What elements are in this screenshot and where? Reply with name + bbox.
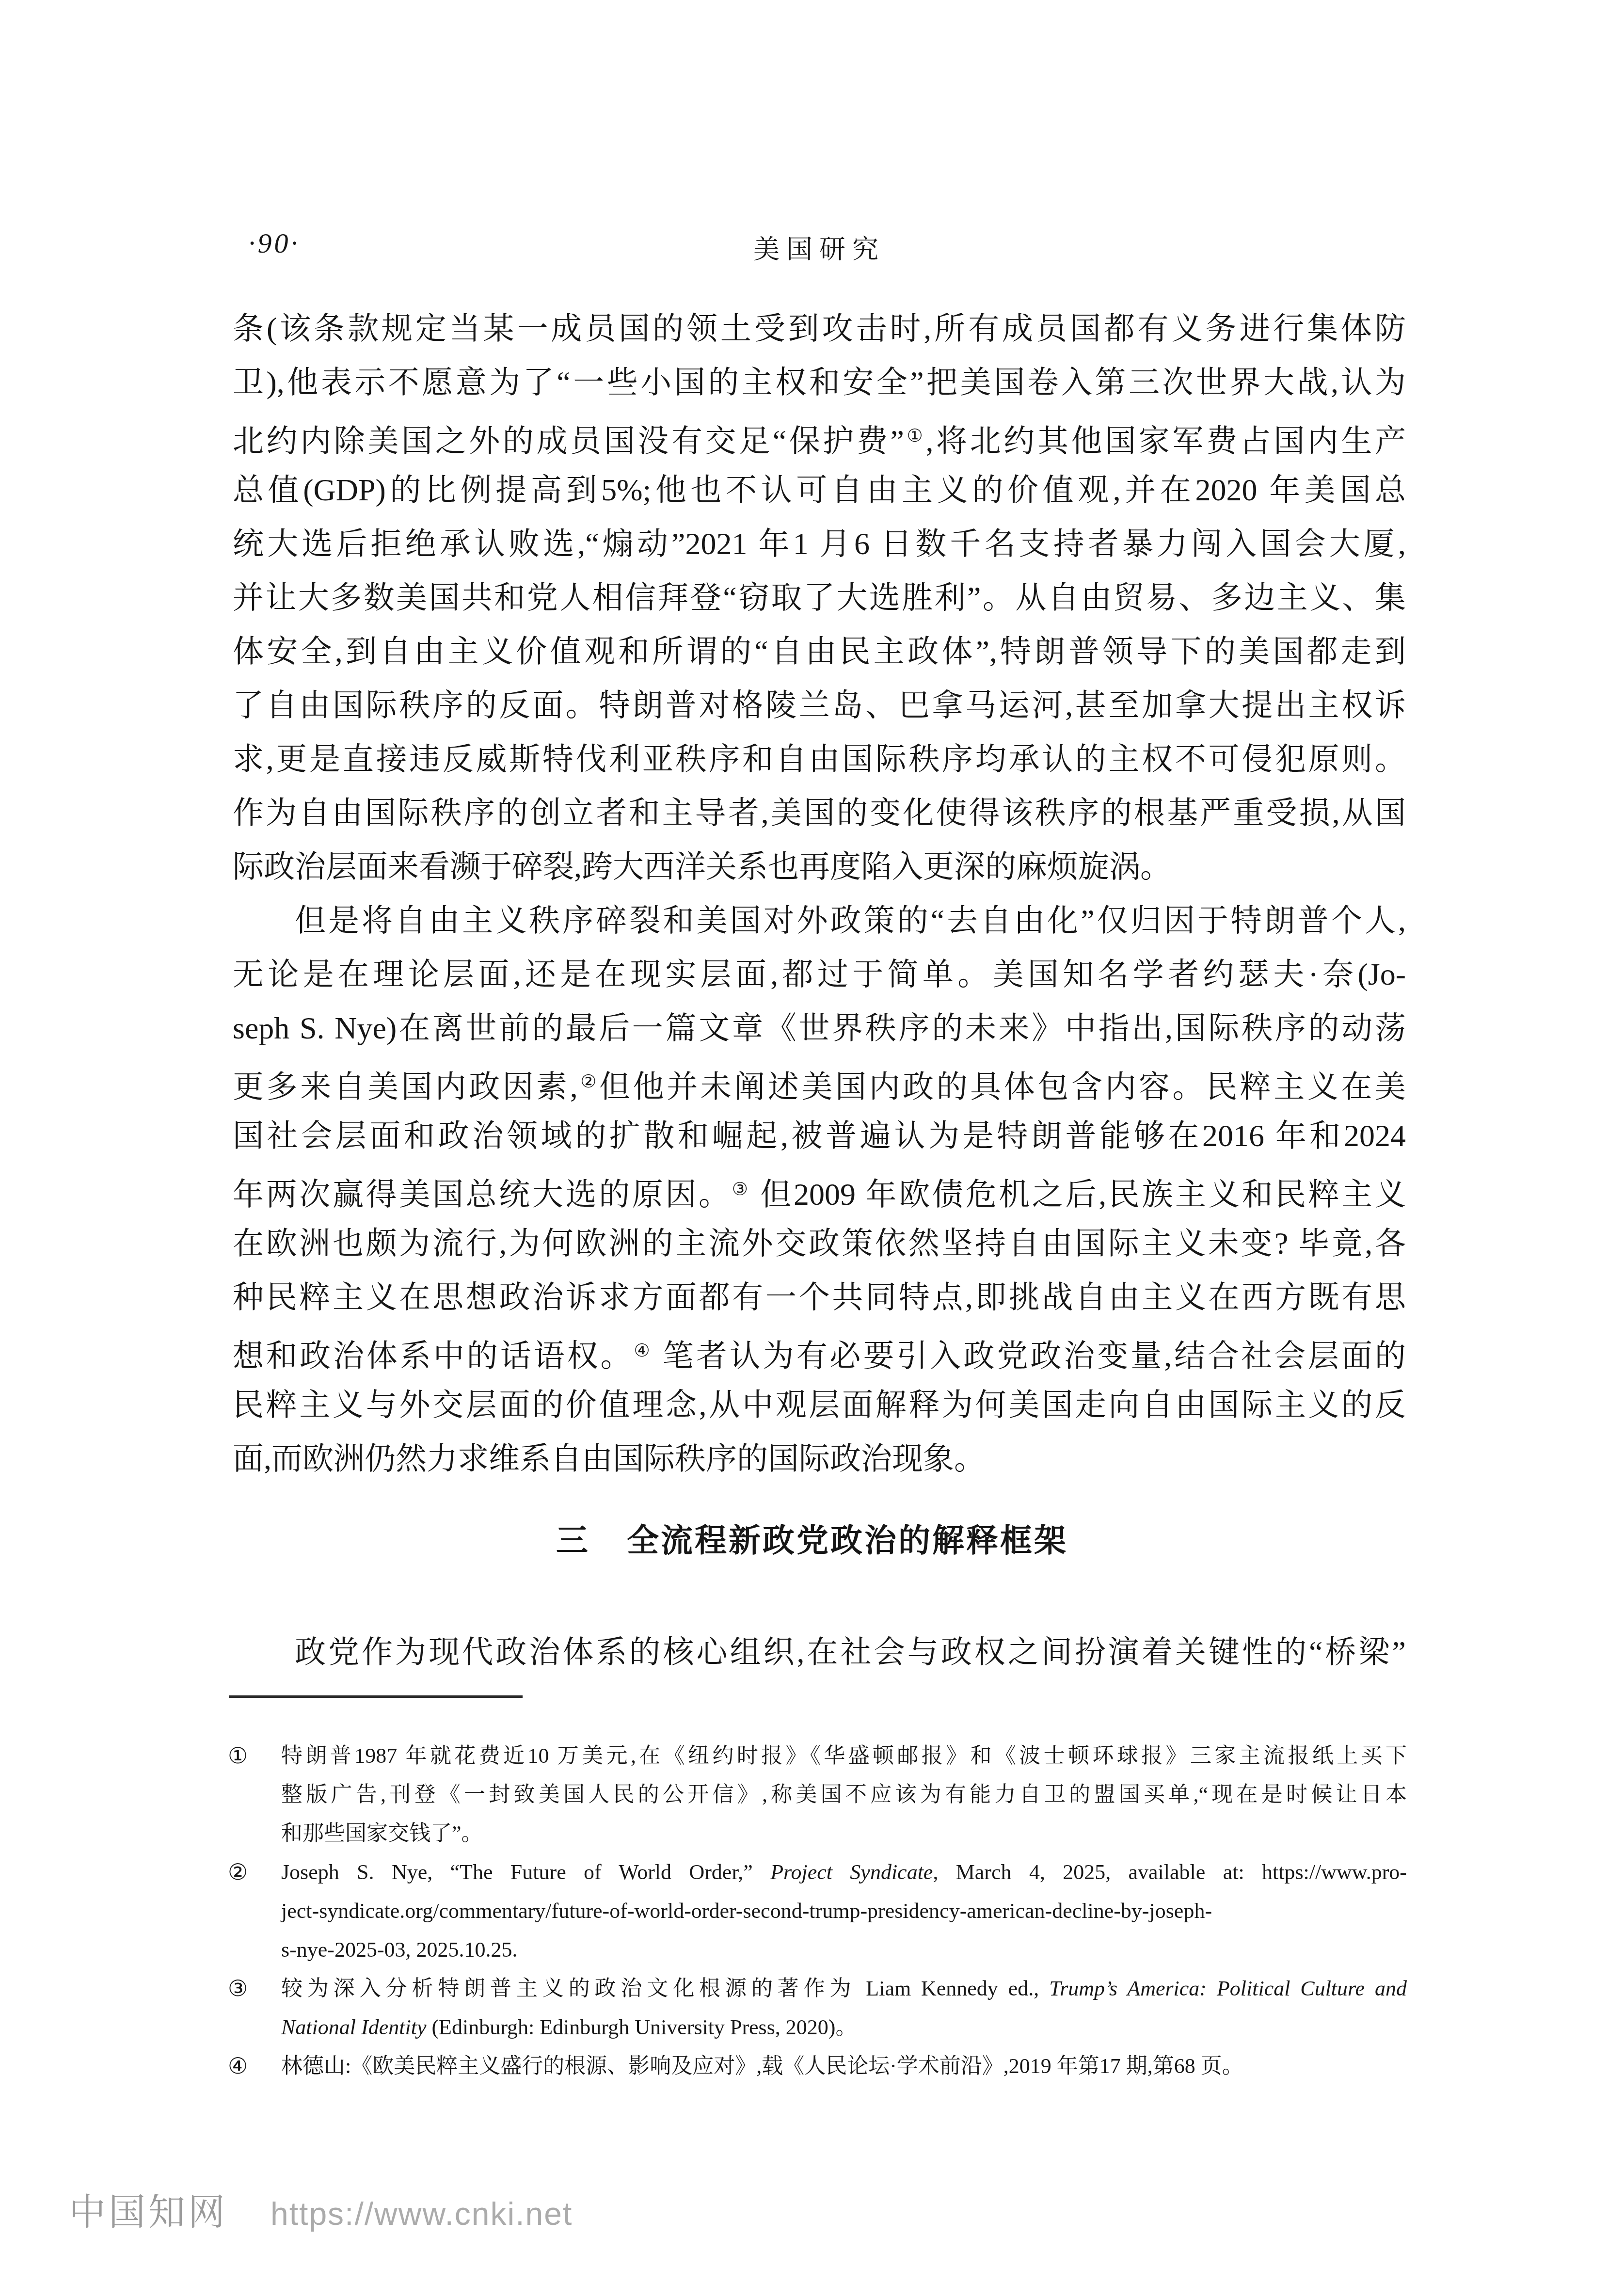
page-header: ·90· 美国研究 [233,226,1406,263]
footnote-ref-marker: ④ [634,1341,653,1361]
text-line: 总值(GDP)的比例提高到5%;他也不认可自由主义的价值观,并在2020 年美国… [233,463,1406,517]
text-line: 想和政治体系中的话语权。④ 笔者认为有必要引入政党政治变量,结合社会层面的 [233,1324,1406,1378]
text-line: 民粹主义与外交层面的价值理念,从中观层面解释为何美国走向自由国际主义的反 [233,1378,1406,1432]
footnote-marker: ① [228,1737,281,1775]
footnote-item: ②Joseph S. Nye, “The Future of World Ord… [228,1853,1407,1969]
cnki-watermark: 中国知网 [69,2183,228,2235]
text-line: 国社会层面和政治领域的扩散和崛起,被普遍认为是特朗普能够在2016 年和2024 [233,1109,1406,1163]
footnote-text: 林德山:《欧美民粹主义盛行的根源、影响及应对》,载《人民论坛·学术前沿》,201… [281,2047,1407,2086]
text-line: 作为自由国际秩序的创立者和主导者,美国的变化使得该秩序的根基严重受损,从国 [233,786,1406,840]
page-footer: 中国知网 https://www.cnki.net [69,2183,573,2235]
paragraph-after-heading: 政党作为现代政治体系的核心组织,在社会与政权之间扮演着关键性的“桥梁” [233,1625,1406,1679]
footnote-ref-marker: ② [578,1072,599,1092]
text-line: 更多来自美国内政因素,②但他并未阐述美国内政的具体包含内容。民粹主义在美 [233,1055,1406,1109]
text-line: 北约内除美国之外的成员国没有交足“保护费”①,将北约其他国家军费占国内生产 [233,409,1406,463]
cnki-url: https://www.cnki.net [271,2195,573,2232]
text-line: 了自由国际秩序的反面。特朗普对格陵兰岛、巴拿马运河,甚至加拿大提出主权诉 [233,678,1406,732]
section-heading-numeral: 三 [556,1522,590,1558]
text-line: 在欧洲也颇为流行,为何欧洲的主流外交政策依然坚持自由国际主义未变? 毕竟,各 [233,1216,1406,1270]
text-line: 年两次赢得美国总统大选的原因。③ 但2009 年欧债危机之后,民族主义和民粹主义 [233,1163,1406,1216]
text-line: ject-syndicate.org/commentary/future-of-… [281,1892,1407,1931]
footnote-item: ④林德山:《欧美民粹主义盛行的根源、影响及应对》,载《人民论坛·学术前沿》,20… [228,2047,1407,2086]
footnote-marker: ④ [228,2047,281,2086]
text-line: 条(该条款规定当某一成员国的领土受到攻击时,所有成员国都有义务进行集体防 [233,302,1406,355]
footnotes-section: ①特朗普1987 年就花费近10 万美元,在《纽约时报》《华盛顿邮报》和《波士顿… [228,1737,1407,2086]
text-line: National Identity (Edinburgh: Edinburgh … [281,2008,1407,2047]
footnote-text: 较为深入分析特朗普主义的政治文化根源的著作为 Liam Kennedy ed.,… [281,1969,1407,2047]
footnote-item: ③较为深入分析特朗普主义的政治文化根源的著作为 Liam Kennedy ed.… [228,1969,1407,2047]
text-line: 际政治层面来看濒于碎裂,跨大西洋关系也再度陷入更深的麻烦旋涡。 [233,840,1406,894]
text-line: 和那些国家交钱了”。 [281,1814,1407,1853]
text-line: 林德山:《欧美民粹主义盛行的根源、影响及应对》,载《人民论坛·学术前沿》,201… [281,2047,1407,2086]
text-line: 种民粹主义在思想政治诉求方面都有一个共同特点,即挑战自由主义在西方既有思 [233,1270,1406,1324]
footnote-text: 特朗普1987 年就花费近10 万美元,在《纽约时报》《华盛顿邮报》和《波士顿环… [281,1737,1407,1853]
text-line: 特朗普1987 年就花费近10 万美元,在《纽约时报》《华盛顿邮报》和《波士顿环… [281,1737,1407,1775]
text-line: 求,更是直接违反威斯特伐利亚秩序和自由国际秩序均承认的主权不可侵犯原则。 [233,732,1406,786]
text-line: 但是将自由主义秩序碎裂和美国对外政策的“去自由化”仅归因于特朗普个人, [233,894,1406,947]
text-line: 无论是在理论层面,还是在现实层面,都过于简单。美国知名学者约瑟夫·奈(Jo- [233,947,1406,1001]
text-line: 体安全,到自由主义价值观和所谓的“自由民主政体”,特朗普领导下的美国都走到 [233,624,1406,678]
article-body: 条(该条款规定当某一成员国的领土受到攻击时,所有成员国都有义务进行集体防卫),他… [233,302,1406,1485]
text-line: 面,而欧洲仍然力求维系自由国际秩序的国际政治现象。 [233,1432,1406,1485]
text-line: 并让大多数美国共和党人相信拜登“窃取了大选胜利”。从自由贸易、多边主义、集 [233,571,1406,624]
journal-title: 美国研究 [233,229,1406,266]
text-line: 较为深入分析特朗普主义的政治文化根源的著作为 Liam Kennedy ed.,… [281,1969,1407,2008]
footnote-text: Joseph S. Nye, “The Future of World Orde… [281,1853,1407,1969]
footnote-item: ①特朗普1987 年就花费近10 万美元,在《纽约时报》《华盛顿邮报》和《波士顿… [228,1737,1407,1853]
footnote-marker: ③ [228,1969,281,2008]
text-line: 整版广告,刊登《一封致美国人民的公开信》,称美国不应该为有能力自卫的盟国买单,“… [281,1775,1407,1814]
footnote-ref-marker: ① [904,426,926,446]
text-line: 政党作为现代政治体系的核心组织,在社会与政权之间扮演着关键性的“桥梁” [233,1625,1406,1679]
footnote-marker: ② [228,1853,281,1892]
text-line: Joseph S. Nye, “The Future of World Orde… [281,1853,1407,1892]
footnote-separator-rule [229,1695,523,1698]
section-heading-title: 全流程新政党政治的解释框架 [627,1522,1068,1558]
text-line: 统大选后拒绝承认败选,“煽动”2021 年1 月6 日数千名支持者暴力闯入国会大… [233,517,1406,571]
text-line: seph S. Nye)在离世前的最后一篇文章《世界秩序的未来》中指出,国际秩序… [233,1001,1406,1055]
text-line: s-nye-2025-03, 2025.10.25. [281,1931,1407,1969]
footnote-ref-marker: ③ [732,1180,750,1199]
section-heading: 三全流程新政党政治的解释框架 [0,1515,1624,1561]
text-line: 卫),他表示不愿意为了“一些小国的主权和安全”把美国卷入第三次世界大战,认为 [233,355,1406,409]
